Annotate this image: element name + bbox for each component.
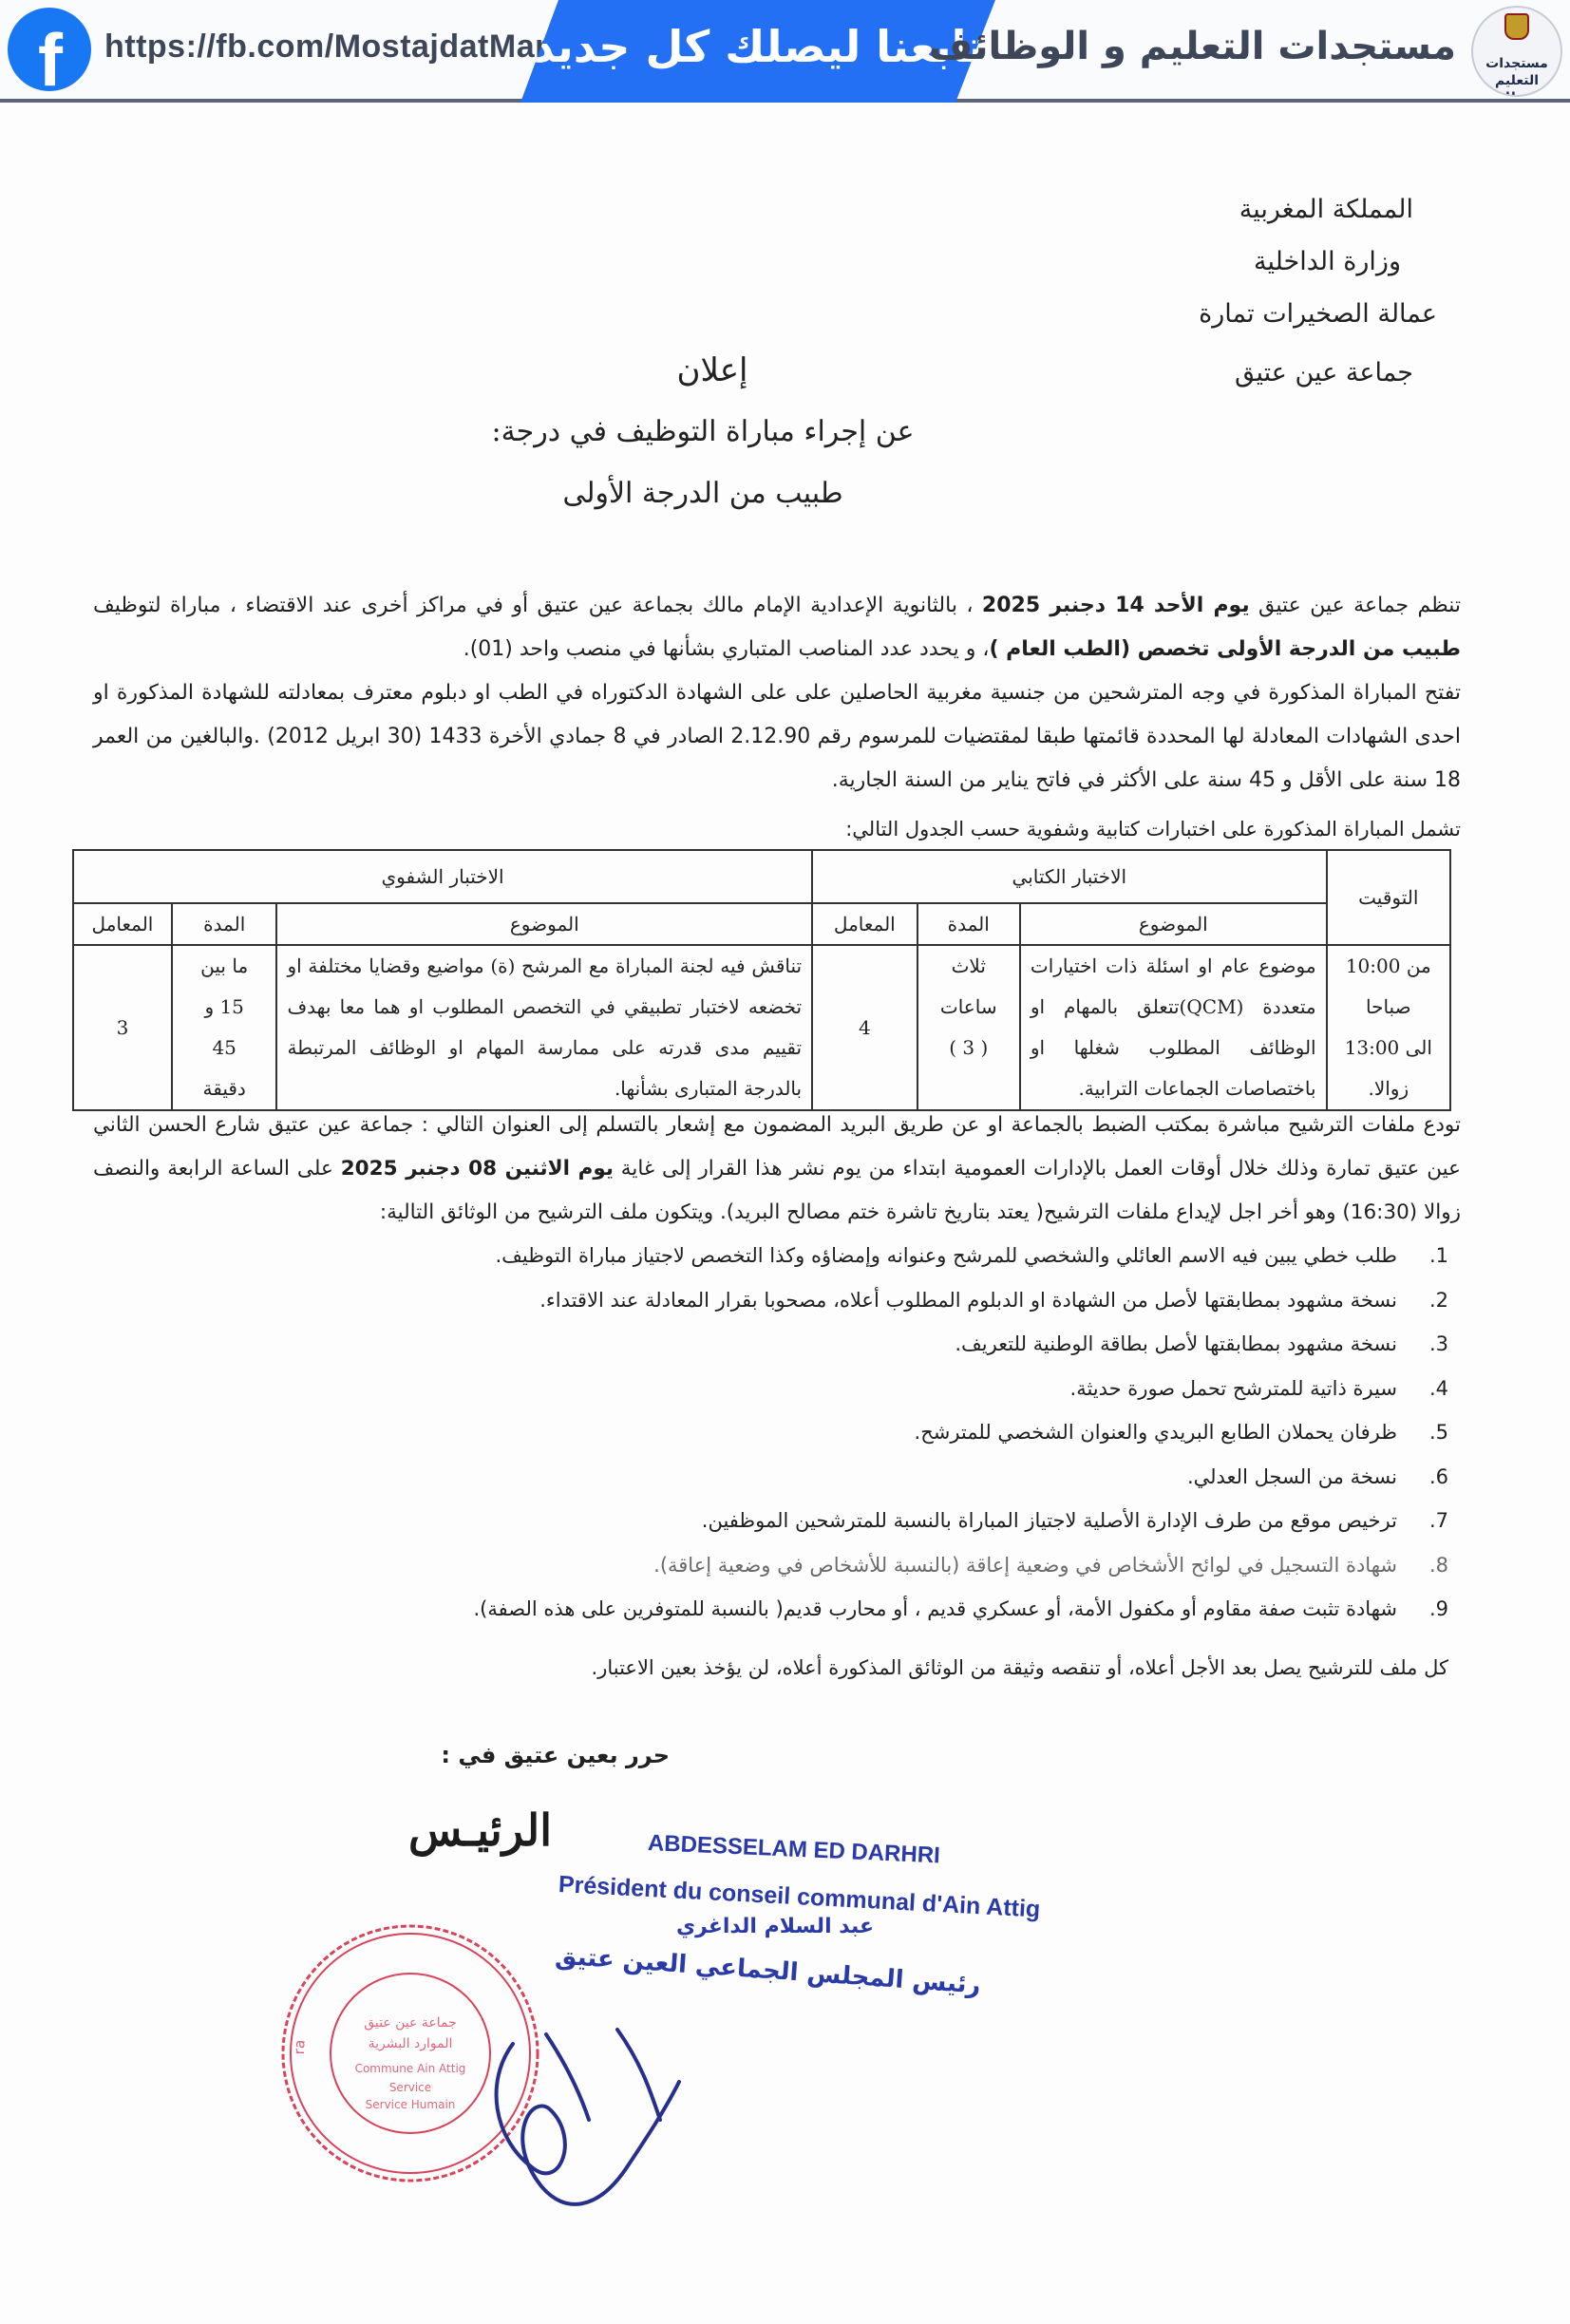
col-written-exam: الاختبار الكتابي: [812, 850, 1327, 903]
svg-text:Commune Ain Attig: Commune Ain Attig: [355, 2062, 466, 2075]
list-item: 7.ترخيص موقع من طرف الإدارة الأصلية لاجت…: [195, 1499, 1448, 1543]
col-oral-coefficient: المعامل: [73, 903, 172, 945]
oral-subject-cell: تناقش فيه لجنة المباراة مع المرشح (ة) مو…: [276, 945, 812, 1110]
list-item: 2.نسخة مشهود بمطابقتها لأصل من الشهادة ا…: [195, 1278, 1448, 1323]
president-name-fr: ABDESSELAM ED DARHRI: [647, 1830, 940, 1869]
follow-us-banner: تابعنا ليصلك كل جديد: [520, 0, 995, 103]
list-item: 1.طلب خطي يبين فيه الاسم العائلي والشخصي…: [195, 1234, 1448, 1278]
brand-logo: مستجدات التعليم والوظائف: [1471, 6, 1562, 97]
closing-note: كل ملف للترشيح يصل بعد الأجل أعلاه، أو ت…: [592, 1656, 1448, 1679]
header-ministry: وزارة الداخلية: [1254, 247, 1401, 276]
president-title-full-ar: رئيس المجلس الجماعي العين عتيق: [555, 1941, 982, 1999]
title-subject: عن إجراء مباراة التوظيف في درجة:: [456, 415, 950, 448]
brand-logo-text: مستجدات التعليم والوظائف: [1473, 55, 1561, 97]
col-oral-exam: الاختبار الشفوي: [73, 850, 812, 903]
table-intro: تشمل المباراة المذكورة على اختبارات كتاب…: [93, 807, 1461, 851]
written-coefficient-cell: 4: [812, 945, 917, 1110]
brand-name: مستجدات التعليم و الوظائف: [929, 25, 1456, 68]
col-timing: التوقيت: [1327, 850, 1450, 945]
title-grade: طبيب من الدرجة الأولى: [532, 477, 874, 510]
president-title-ar: الرئيـس: [408, 1804, 552, 1856]
list-item: 6.نسخة من السجل العدلي.: [195, 1455, 1448, 1500]
facebook-icon[interactable]: f: [8, 8, 91, 91]
president-name-ar: عبد السلام الداغري: [676, 1915, 874, 1938]
header-commune: جماعة عين عتيق: [1235, 358, 1413, 387]
col-written-duration: المدة: [917, 903, 1020, 945]
list-item: 5.ظرفان يحملان الطابع البريدي والعنوان ا…: [195, 1410, 1448, 1455]
follow-us-text: تابعنا ليصلك كل جديد: [520, 21, 995, 72]
list-item: 8.شهادة التسجيل في لوائح الأشخاص في وضعي…: [195, 1543, 1448, 1588]
coat-of-arms-icon: [1504, 13, 1529, 40]
list-item: 4.سيرة ذاتية للمترشح تحمل صورة حديثة.: [195, 1367, 1448, 1411]
announcement-document: المملكة المغربية وزارة الداخلية عمالة ال…: [0, 106, 1570, 2324]
oral-duration-cell: ما بين 15 و 45 دقيقة: [172, 945, 277, 1110]
table-row: من 10:00 صباحا الى 13:00 زوالا. موضوع عا…: [73, 945, 1450, 1110]
exam-date: يوم الأحد 14 دجنبر 2025: [982, 594, 1250, 617]
submission-paragraph: تودع ملفات الترشيح مباشرة بمكتب الضبط با…: [93, 1104, 1461, 1235]
page-title: إعلان: [589, 351, 836, 389]
top-banner: f https://fb.com/MostajdatMaroc تابعنا ل…: [0, 0, 1570, 103]
required-documents-list: 1.طلب خطي يبين فيه الاسم العائلي والشخصي…: [195, 1234, 1448, 1632]
facebook-url-link[interactable]: https://fb.com/MostajdatMaroc: [104, 28, 587, 66]
exam-schedule-table: التوقيت الاختبار الكتابي الاختبار الشفوي…: [72, 849, 1451, 1111]
svg-text:Service Humain: Service Humain: [366, 2098, 456, 2111]
svg-text:جماعة عين عتيق: جماعة عين عتيق: [364, 2015, 457, 2031]
svg-text:الموارد البشرية: الموارد البشرية: [369, 2036, 453, 2051]
col-oral-subject: الموضوع: [276, 903, 812, 945]
deadline-date: يوم الاثنين 08 دجنبر 2025: [341, 1157, 614, 1181]
written-duration-cell: ثلاث ساعات ( 3 ): [917, 945, 1020, 1110]
list-item: 3.نسخة مشهود بمطابقتها لأصل بطاقة الوطني…: [195, 1322, 1448, 1367]
list-item: 9.شهادة تثبت صفة مقاوم أو مكفول الأمة، أ…: [195, 1587, 1448, 1632]
intro-paragraph-1: تنظم جماعة عين عتيق يوم الأحد 14 دجنبر 2…: [93, 584, 1461, 671]
written-subject-cell: موضوع عام او اسئلة ذات اختيارات متعددة (…: [1020, 945, 1327, 1110]
col-written-subject: الموضوع: [1020, 903, 1327, 945]
timing-cell: من 10:00 صباحا الى 13:00 زوالا.: [1327, 945, 1450, 1110]
job-grade: طبيب من الدرجة الأولى تخصص (الطب العام ): [989, 637, 1461, 661]
handwritten-signature-icon: [475, 2025, 684, 2224]
issued-at-label: حرر بعين عتيق في :: [441, 1742, 670, 1768]
eligibility-paragraph: تفتح المباراة المذكورة في وجه المترشحين …: [93, 671, 1461, 803]
svg-text:Service: Service: [389, 2081, 431, 2094]
col-oral-duration: المدة: [172, 903, 277, 945]
header-kingdom: المملكة المغربية: [1239, 195, 1413, 224]
col-written-coefficient: المعامل: [812, 903, 917, 945]
header-prefecture: عمالة الصخيرات تمارة: [1199, 299, 1437, 329]
oral-coefficient-cell: 3: [73, 945, 172, 1110]
